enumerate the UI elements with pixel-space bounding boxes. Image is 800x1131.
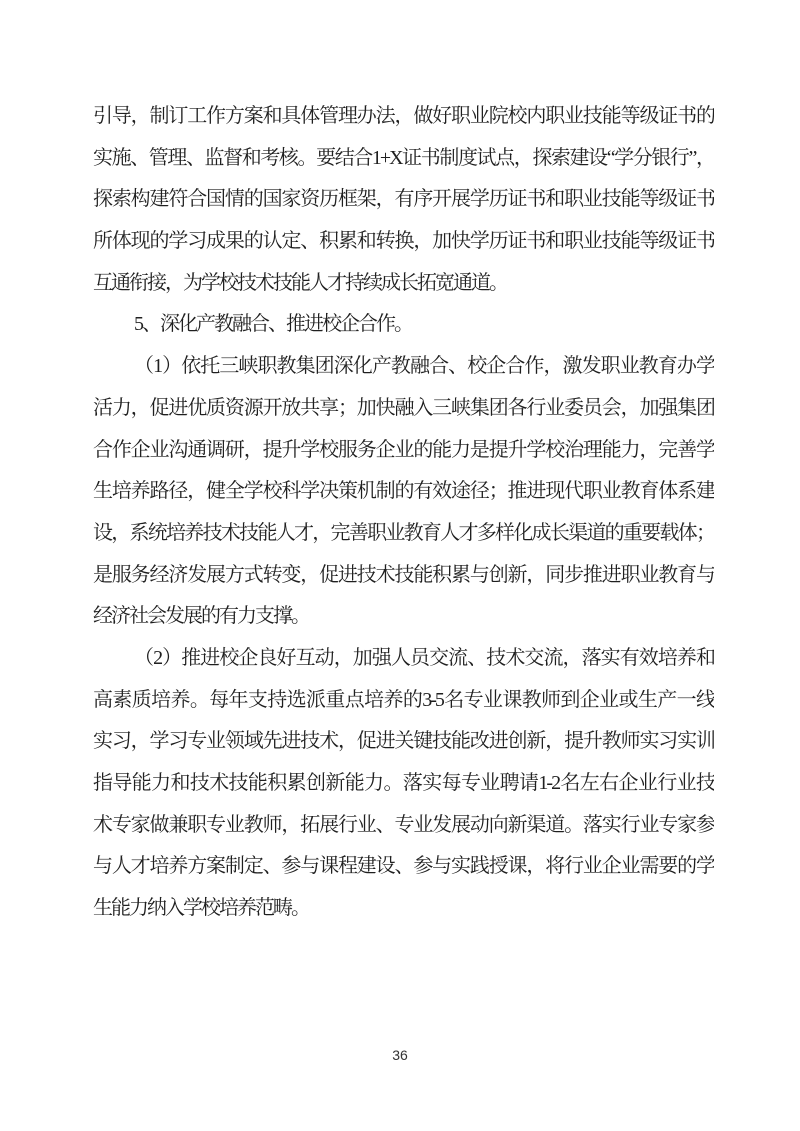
- text-line: 设，系统培养技术技能人才，完善职业教育人才多样化成长渠道的重要载体；: [93, 513, 714, 555]
- document-page: 引导，制订工作方案和具体管理办法，做好职业院校内职业技能等级证书的 实施、管理、…: [0, 0, 800, 1131]
- text-line: 与人才培养方案制定、参与课程建设、参与实践授课，将行业企业需要的学: [93, 846, 714, 888]
- text-line-item-2: （2）推进校企良好互动，加强人员交流、技术交流，落实有效培养和: [93, 638, 714, 680]
- text-line-heading-5: 5、深化产教融合、推进校企合作。: [93, 304, 714, 346]
- page-number: 36: [0, 1046, 800, 1064]
- text-line: 实施、管理、监督和考核。要结合1+X证书制度试点，探索建设“学分银行”，: [93, 138, 714, 180]
- text-line: 引导，制订工作方案和具体管理办法，做好职业院校内职业技能等级证书的: [93, 96, 714, 138]
- text-line: 术专家做兼职专业教师，拓展行业、专业发展动向新渠道。落实行业专家参: [93, 805, 714, 847]
- text-line: 生能力纳入学校培养范畴。: [93, 888, 714, 930]
- page-body-text: 引导，制订工作方案和具体管理办法，做好职业院校内职业技能等级证书的 实施、管理、…: [93, 96, 714, 930]
- text-line: 高素质培养。每年支持选派重点培养的3-5名专业课教师到企业或生产一线: [93, 680, 714, 722]
- text-line-item-1: （1）依托三峡职教集团深化产教融合、校企合作，激发职业教育办学: [93, 346, 714, 388]
- text-line: 所体现的学习成果的认定、积累和转换，加快学历证书和职业技能等级证书: [93, 221, 714, 263]
- text-line: 探索构建符合国情的国家资历框架，有序开展学历证书和职业技能等级证书: [93, 179, 714, 221]
- text-line: 实习，学习专业领域先进技术，促进关键技能改进创新，提升教师实习实训: [93, 721, 714, 763]
- text-line: 指导能力和技术技能积累创新能力。落实每专业聘请1-2名左右企业行业技: [93, 763, 714, 805]
- text-line: 是服务经济发展方式转变，促进技术技能积累与创新，同步推进职业教育与: [93, 555, 714, 597]
- text-line: 合作企业沟通调研，提升学校服务企业的能力是提升学校治理能力，完善学: [93, 430, 714, 472]
- text-line: 经济社会发展的有力支撑。: [93, 596, 714, 638]
- text-line: 活力，促进优质资源开放共享；加快融入三峡集团各行业委员会，加强集团: [93, 388, 714, 430]
- text-line: 互通衔接，为学校技术技能人才持续成长拓宽通道。: [93, 263, 714, 305]
- text-line: 生培养路径，健全学校科学决策机制的有效途径；推进现代职业教育体系建: [93, 471, 714, 513]
